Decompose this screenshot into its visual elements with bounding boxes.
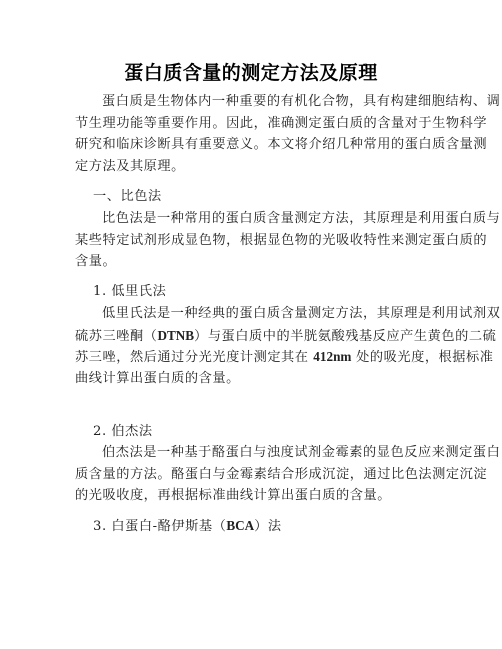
abbreviation-dtnb: DTNB: [157, 328, 194, 343]
heading-text: 1. 低里氏法: [75, 281, 435, 303]
text-segment: 处的吸光度，根据标准: [351, 350, 493, 365]
section-heading-berger: 2. 伯杰法: [75, 421, 435, 443]
text-line: 硫苏三唑酮（DTNB）与蛋白质中的半胱氨酸残基反应产生黄色的二硫: [75, 325, 435, 347]
text-line: 节生理功能等重要作用。因此，准确测定蛋白质的含量对于生物科学: [75, 113, 435, 135]
wavelength-value: 412nm: [313, 349, 351, 364]
text-segment: ）法: [254, 519, 281, 534]
text-segment: 曲线计算出蛋白质的含量。: [75, 371, 240, 386]
text-line: 研究和临床诊断具有重要意义。本文将介绍几种常用的蛋白质含量测: [75, 134, 435, 156]
section-heading-bca: 3. 白蛋白-酪伊斯基（BCA）法: [75, 515, 435, 537]
heading-text: 一、比色法: [75, 186, 435, 208]
text-line: 伯杰法是一种基于酪蛋白与浊度试剂金霉素的显色反应来测定蛋白: [75, 442, 435, 464]
text-line: 曲线计算出蛋白质的含量。: [75, 368, 435, 390]
text-line: 苏三唑，然后通过分光光度计测定其在 412nm 处的吸光度，根据标准: [75, 346, 435, 368]
document-title: 蛋白质含量的测定方法及原理: [0, 61, 502, 85]
text-segment: 低里氏法是一种经典的蛋白质含量测定方法，其原理是利用试剂双: [102, 306, 500, 321]
text-line: 的光吸收度，再根据标准曲线计算出蛋白质的含量。: [75, 485, 435, 507]
text-segment: ）与蛋白质中的半胱氨酸残基反应产生黄色的二硫: [194, 329, 496, 344]
heading-text: 3. 白蛋白-酪伊斯基（BCA）法: [75, 515, 435, 537]
text-line: 蛋白质是生物体内一种重要的有机化合物，具有构建细胞结构、调: [75, 91, 435, 113]
section-heading-lowry: 1. 低里氏法: [75, 281, 435, 303]
text-segment: 3. 白蛋白-酪伊斯基（: [93, 519, 226, 534]
text-segment: 硫苏三唑酮（: [75, 329, 157, 344]
colorimetry-paragraph: 比色法是一种常用的蛋白质含量测定方法，其原理是利用蛋白质与 某些特定试剂形成显色…: [75, 208, 435, 273]
text-segment: 苏三唑，然后通过分光光度计测定其在: [75, 350, 313, 365]
intro-paragraph: 蛋白质是生物体内一种重要的有机化合物，具有构建细胞结构、调 节生理功能等重要作用…: [75, 91, 435, 177]
abbreviation-bca: BCA: [226, 518, 254, 533]
text-line: 低里氏法是一种经典的蛋白质含量测定方法，其原理是利用试剂双: [75, 303, 435, 325]
lowry-paragraph: 低里氏法是一种经典的蛋白质含量测定方法，其原理是利用试剂双 硫苏三唑酮（DTNB…: [75, 303, 435, 389]
heading-text: 2. 伯杰法: [75, 421, 435, 443]
document-page: 蛋白质含量的测定方法及原理 蛋白质是生物体内一种重要的有机化合物，具有构建细胞结…: [0, 0, 502, 649]
berger-paragraph: 伯杰法是一种基于酪蛋白与浊度试剂金霉素的显色反应来测定蛋白 质含量的方法。酪蛋白…: [75, 442, 435, 507]
text-line: 比色法是一种常用的蛋白质含量测定方法，其原理是利用蛋白质与: [75, 208, 435, 230]
text-line: 质含量的方法。酪蛋白与金霉素结合形成沉淀，通过比色法测定沉淀: [75, 464, 435, 486]
section-heading-colorimetry: 一、比色法: [75, 186, 435, 208]
text-line: 定方法及其原理。: [75, 156, 435, 178]
text-line: 某些特定试剂形成显色物，根据显色物的光吸收特性来测定蛋白质的: [75, 230, 435, 252]
text-line: 含量。: [75, 251, 435, 273]
